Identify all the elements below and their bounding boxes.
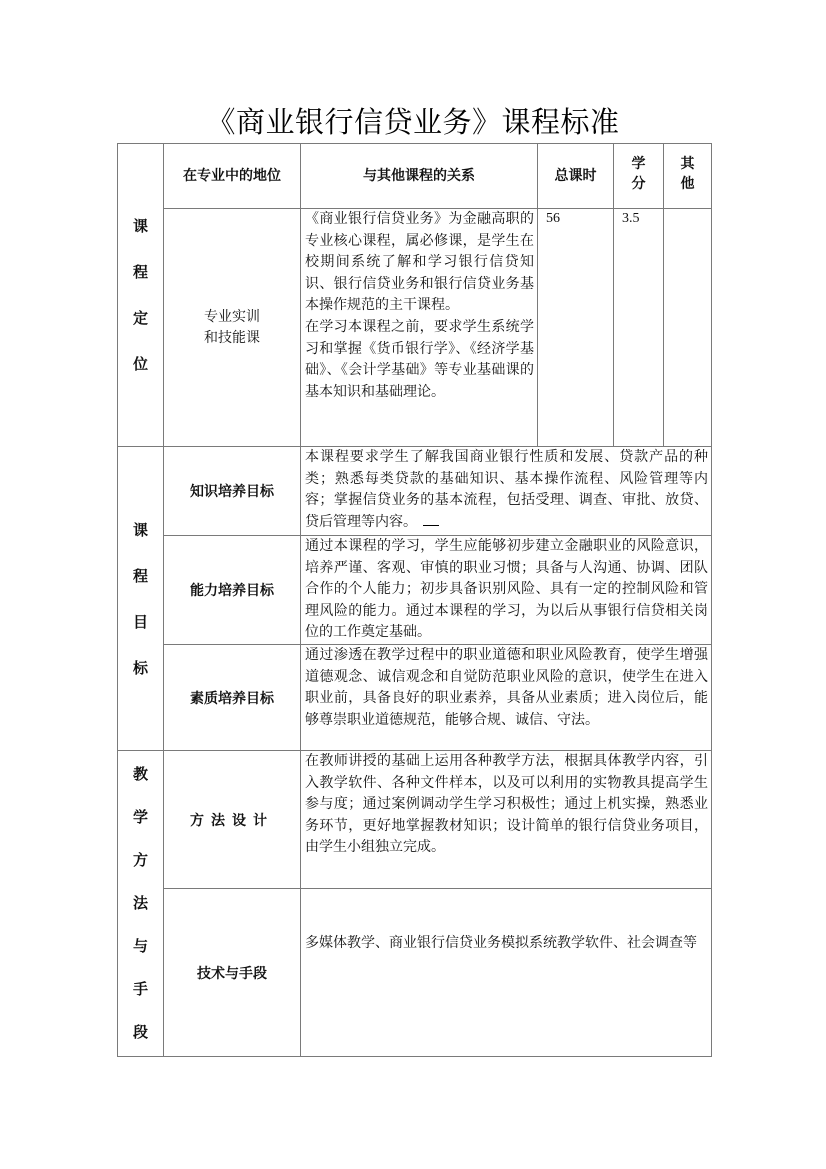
objective-row-knowledge: 课 程 目 标 知识培养目标 本课程要求学生了解我国商业银行性质和发展、贷款产品…: [118, 447, 712, 536]
course-standard-table: 课 程 定 位 在专业中的地位 与其他课程的关系 总课时 学分 其他 专业实训 …: [117, 143, 712, 1057]
section-label-positioning: 课 程 定 位: [118, 144, 164, 447]
section-label-objectives: 课 程 目 标: [118, 447, 164, 751]
header-position-in-major: 在专业中的地位: [164, 144, 301, 209]
objective-label-ability: 能力培养目标: [164, 536, 301, 645]
positioning-row: 专业实训 和技能课 《商业银行信贷业务》为金融高职的专业核心课程，属必修课，是学…: [118, 209, 712, 447]
document-title: 《商业银行信贷业务》课程标准: [0, 100, 826, 141]
objective-text-quality: 通过渗透在教学过程中的职业道德和职业风险教育，使学生增强道德观念、诚信观念和自觉…: [301, 645, 712, 751]
header-row: 课 程 定 位 在专业中的地位 与其他课程的关系 总课时 学分 其他: [118, 144, 712, 209]
objective-label-knowledge: 知识培养目标: [164, 447, 301, 536]
objective-row-quality: 素质培养目标 通过渗透在教学过程中的职业道德和职业风险教育，使学生增强道德观念、…: [118, 645, 712, 751]
credits-value: 3.5: [614, 209, 664, 447]
header-relation-to-other-courses: 与其他课程的关系: [301, 144, 538, 209]
objective-row-ability: 能力培养目标 通过本课程的学习，学生应能够初步建立金融职业的风险意识，培养严谨、…: [118, 536, 712, 645]
section-label-teaching: 教 学 方 法 与 手 段: [118, 751, 164, 1057]
relation-to-other-courses-text: 《商业银行信贷业务》为金融高职的专业核心课程，属必修课，是学生在校期间系统了解和…: [301, 209, 538, 447]
objective-text-knowledge: 本课程要求学生了解我国商业银行性质和发展、贷款产品的种类；熟悉每类贷款的基础知识…: [301, 447, 712, 536]
objective-text-ability: 通过本课程的学习，学生应能够初步建立金融职业的风险意识，培养严谨、客观、审慎的职…: [301, 536, 712, 645]
position-in-major-value: 专业实训 和技能课: [164, 209, 301, 447]
header-total-hours: 总课时: [538, 144, 614, 209]
teaching-label-technique: 技术与手段: [164, 889, 301, 1057]
text-cursor-mark: [423, 513, 439, 526]
other-value: [664, 209, 712, 447]
header-credits: 学分: [614, 144, 664, 209]
teaching-row-technique: 技术与手段 多媒体教学、商业银行信贷业务模拟系统教学软件、社会调查等: [118, 889, 712, 1057]
teaching-label-method: 方法设计: [164, 751, 301, 889]
teaching-text-technique: 多媒体教学、商业银行信贷业务模拟系统教学软件、社会调查等: [301, 889, 712, 1057]
header-other: 其他: [664, 144, 712, 209]
teaching-text-method: 在教师讲授的基础上运用各种教学方法，根据具体教学内容，引入教学软件、各种文件样本…: [301, 751, 712, 889]
objective-label-quality: 素质培养目标: [164, 645, 301, 751]
teaching-row-method: 教 学 方 法 与 手 段 方法设计 在教师讲授的基础上运用各种教学方法，根据具…: [118, 751, 712, 889]
total-hours-value: 56: [538, 209, 614, 447]
